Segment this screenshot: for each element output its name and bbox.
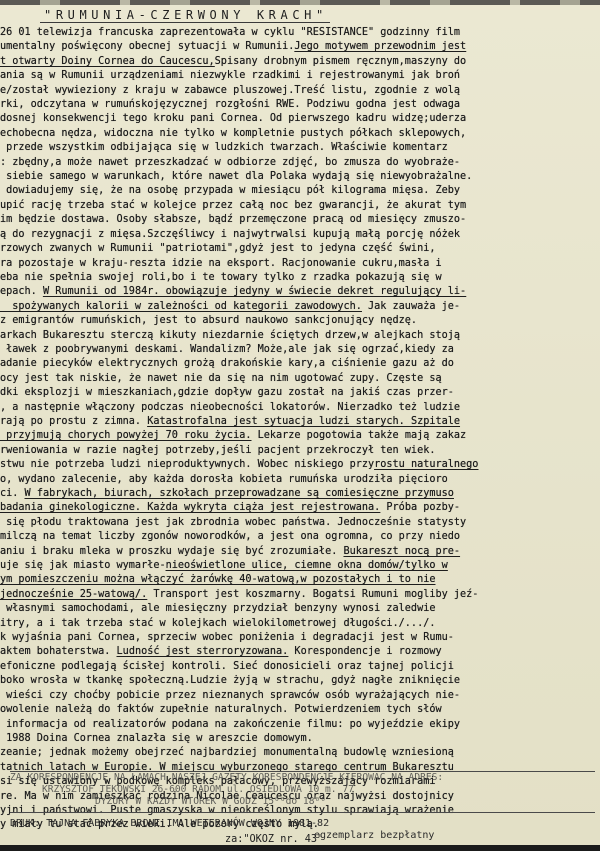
text-segment: umentalny poświęcony obecnej sytuacji w … [0,41,294,52]
text-line: k wyjaśnia pani Cornea, sprzeciw wobec p… [0,631,600,645]
text-segment: rzowych zwanych w Rumunii "patriotami",g… [0,243,435,254]
text-segment: e/został wywieziony z kraju w zabawce pl… [0,85,460,96]
text-line: owolenie należą do faktów zupełnie natur… [0,703,600,717]
text-segment: Transport jest koszmarny. Bogatsi Rumuni… [147,589,478,600]
text-line: dowiadujemy się, że na osobę przypada w … [0,184,600,198]
underlined-text: badania ginekologiczne. Każda wykryta ci… [0,502,380,513]
text-segment: aniu i braku mleka w proszku wydaje się … [0,546,343,557]
text-line: aniu i braku mleka w proszku wydaje się … [0,545,600,559]
text-line: przede wszystkim odbijająca się w ludzki… [0,141,600,155]
underlined-text: jednocześnie 25-watową/. [0,589,147,600]
text-segment: : zbędny,a może nawet przeszkadzać w odb… [0,157,460,168]
text-segment: ocy jest tak niskie, że nawet nie da się… [0,373,442,384]
text-segment: eba nie spełnia swojej roli,bo i te towa… [0,272,442,283]
text-segment: Korespondencje i rozmowy [288,646,441,657]
text-line: adanie piecyków elektrycznych grożą drak… [0,357,600,371]
text-line: jednocześnie 25-watową/. Transport jest … [0,588,600,602]
text-line: z emigrantów rumuńskich, jest to absurd … [0,314,600,328]
text-line: 1988 Doina Cornea znalazła się w areszci… [0,732,600,746]
text-segment: aktem bohaterstwa. [0,646,117,657]
text-line: efoniczne podlegają ścisłej kontroli. Si… [0,660,600,674]
text-line: ą do rezygnacji z mięsa.Szczęśliwcy i na… [0,228,600,242]
text-line: : zbędny,a może nawet przeszkadzać w odb… [0,156,600,170]
text-segment: Próba pozby- [380,502,460,513]
text-segment: milczą na temat liczby zgonów noworodków… [0,531,460,542]
text-line: informacja od realizatorów podana na zak… [0,718,600,732]
text-line: epach. W Rumunii od 1984r. obowiązuje je… [0,285,600,299]
text-line: echobecna nędza, widoczna nie tylko w ko… [0,127,600,141]
text-segment: arkach Bukaresztu sterczą kikuty niezdar… [0,330,460,341]
text-line: eba nie spełnia swojej roli,bo i te towa… [0,271,600,285]
text-line: , a następnie włączony podczas nieobecno… [0,401,600,415]
title-underline [40,22,330,23]
text-segment: Lekarze pogotowia także mają zakaz [251,430,466,441]
text-segment: Jak zauważa je- [362,301,460,312]
text-line: 26 01 telewizja francuska zaprezentowała… [0,26,600,40]
text-segment: efoniczne podlegają ścisłej kontroli. Si… [0,661,454,672]
printer-imprint: DRUK: TAJNA FABRYKA BRONI IM. WETERANÓW … [10,818,329,829]
text-line: t otwarty Doiny Cornea do Caucescu,Spisa… [0,55,600,69]
text-segment: ra pozostaje w kraju-reszta idzie na eks… [0,258,442,269]
contact-block: ZA KORESPONDENCJĘ NA ŁAMACH NASZEJ GAZET… [0,772,600,808]
text-segment: 1988 Doina Cornea znalazła się w areszci… [0,733,313,744]
text-line: przyjmują chorych powyżej 70 roku życia.… [0,429,600,443]
text-line: zeanie; jednak możemy obejrzeć najbardzi… [0,746,600,760]
text-line: im będzie dostawa. Osoby słabsze, bądź p… [0,213,600,227]
text-segment: rki, odczytana w rumuńskojęzycznej rozgł… [0,99,460,110]
text-line: spożywanych kalorii w zależności od kate… [0,300,600,314]
contact-line-1: ZA KORESPONDENCJĘ NA ŁAMACH NASZEJ GAZET… [0,772,600,784]
text-line: dosnej konsekwencji tego kroku pani Corn… [0,112,600,126]
text-segment: ą do rezygnacji z mięsa.Szczęśliwcy i na… [0,229,460,240]
text-line: ym pomieszczeniu można włączyć żarówkę 4… [0,573,600,587]
text-segment: rweniowania w razie nagłej potrzeby,jeśl… [0,445,435,456]
contact-line-hours: DYŻURY W KAŻDY WTOREK W GODZ 15⁰⁰do 18⁰⁰ [0,796,600,808]
text-segment: przede wszystkim odbijająca się w ludzki… [0,142,448,153]
text-line: ławek z poobrywanymi deskami. Wandalizm?… [0,343,600,357]
text-line: ocy jest tak niskie, że nawet nie da się… [0,372,600,386]
text-segment: wieści czy choćby pobicie przez nieznany… [0,690,460,701]
underlined-text: Jego motywem przewodnim jest [294,41,466,52]
underlined-text: ym pomieszczeniu można włączyć żarówkę 4… [0,574,435,585]
top-border-line [0,0,600,5]
text-segment: rają po prostu z zimna. [0,416,147,427]
underlined-text: t otwarty Doiny Cornea do Caucescu, [0,56,215,67]
text-segment: stwu nie potrzeba ludzi nieproduktywnych… [0,459,374,470]
scanned-page: "RUMUNIA-CZERWONY KRACH" 26 01 telewizja… [0,0,600,851]
text-segment: siebie samego w warunkach, które nawet d… [0,171,472,182]
text-line: upić rację trzeba stać w kolejce przez c… [0,199,600,213]
underlined-text: nieoświetlone ulice, ciemne okna domów/t… [166,560,448,571]
underlined-text: rostu naturalnego [374,459,478,470]
text-line: umentalny poświęcony obecnej sytuacji w … [0,40,600,54]
text-segment: upić rację trzeba stać w kolejce przez c… [0,200,466,211]
text-line: się płodu traktowana jest jak zbrodnia w… [0,516,600,530]
text-line: rweniowania w razie nagłej potrzeby,jeśl… [0,444,600,458]
text-line: własnymi samochodami, ale miesięczny prz… [0,602,600,616]
text-line: e/został wywieziony z kraju w zabawce pl… [0,84,600,98]
text-segment: ławek z poobrywanymi deskami. Wandalizm?… [0,344,454,355]
text-segment: się płodu traktowana jest jak zbrodnia w… [0,517,466,528]
text-segment: , a następnie włączony podczas nieobecno… [0,402,460,413]
text-line: milczą na temat liczby zgonów noworodków… [0,530,600,544]
text-line: stwu nie potrzeba ludzi nieproduktywnych… [0,458,600,472]
free-copy-note: egzemplarz bezpłatny [314,830,434,841]
text-line: dki eksplozji w mieszkaniach,gdzie dopły… [0,386,600,400]
text-segment: owolenie należą do faktów zupełnie natur… [0,704,442,715]
text-segment: dosnej konsekwencji tego kroku pani Corn… [0,113,466,124]
text-line: arkach Bukaresztu sterczą kikuty niezdar… [0,329,600,343]
text-segment: o, wydano zalecenie, aby każda dorosła k… [0,474,448,485]
footer-divider-bottom [10,812,595,813]
underlined-text: spożywanych kalorii w zależności od kate… [0,301,362,312]
text-line: rzowych zwanych w Rumunii "patriotami",g… [0,242,600,256]
text-line: o, wydano zalecenie, aby każda dorosła k… [0,473,600,487]
text-line: wieści czy choćby pobicie przez nieznany… [0,689,600,703]
contact-line-address: KRZYSZTOF TEKOWSKI 26-600 RADOM ul. OSIE… [0,784,600,796]
underlined-text: przyjmują chorych powyżej 70 roku życia. [0,430,251,441]
text-line: boko wrosła w tkankę społeczną.Ludzie ży… [0,674,600,688]
text-line: ania są w Rumunii urządzeniami niezwykle… [0,69,600,83]
bottom-scan-edge [0,845,600,851]
text-segment: własnymi samochodami, ale miesięczny prz… [0,603,435,614]
text-segment: boko wrosła w tkankę społeczną.Ludzie ży… [0,675,460,686]
text-line: itry, a i tak trzeba stać w kolejkach wi… [0,617,600,631]
text-segment: informacja od realizatorów podana na zak… [0,719,460,730]
text-segment: Spisany drobnym pismem ręcznym,maszyny d… [215,56,466,67]
text-segment: dki eksplozji w mieszkaniach,gdzie dopły… [0,387,454,398]
text-segment: uje się jak miasto wymarłe- [0,560,166,571]
text-segment: im będzie dostawa. Osoby słabsze, bądź p… [0,214,466,225]
underlined-text: Bukareszt nocą pre- [343,546,460,557]
text-segment: z emigrantów rumuńskich, jest to absurd … [0,315,417,326]
text-line: ci. W fabrykach, biurach, szkołach przep… [0,487,600,501]
underlined-text: Ludność jest sterroryzowana. [117,646,289,657]
article-body: 26 01 telewizja francuska zaprezentowała… [0,26,600,847]
text-segment: itry, a i tak trzeba stać w kolejkach wi… [0,618,435,629]
text-segment: echobecna nędza, widoczna nie tylko w ko… [0,128,466,139]
text-line: ra pozostaje w kraju-reszta idzie na eks… [0,257,600,271]
text-line: badania ginekologiczne. Każda wykryta ci… [0,501,600,515]
text-segment: epach. [0,286,43,297]
underlined-text: W fabrykach, biurach, szkołach przeprowa… [25,488,454,499]
text-segment: dowiadujemy się, że na osobę przypada w … [0,185,460,196]
text-segment: 26 01 telewizja francuska zaprezentowała… [0,27,460,38]
underlined-text: W Rumunii od 1984r. obowiązuje jedyny w … [43,286,466,297]
text-line: aktem bohaterstwa. Ludność jest sterrory… [0,645,600,659]
text-segment: ci. [0,488,25,499]
text-segment: zeanie; jednak możemy obejrzeć najbardzi… [0,747,454,758]
underlined-text: Katastrofalna jest sytuacja ludzi staryc… [147,416,460,427]
text-segment: adanie piecyków elektrycznych grożą drak… [0,358,454,369]
text-segment: k wyjaśnia pani Cornea, sprzeciw wobec p… [0,632,454,643]
text-line: rają po prostu z zimna. Katastrofalna je… [0,415,600,429]
text-line: siebie samego w warunkach, które nawet d… [0,170,600,184]
text-segment: ania są w Rumunii urządzeniami niezwykle… [0,70,460,81]
text-line: rki, odczytana w rumuńskojęzycznej rozgł… [0,98,600,112]
text-line: uje się jak miasto wymarłe-nieoświetlone… [0,559,600,573]
